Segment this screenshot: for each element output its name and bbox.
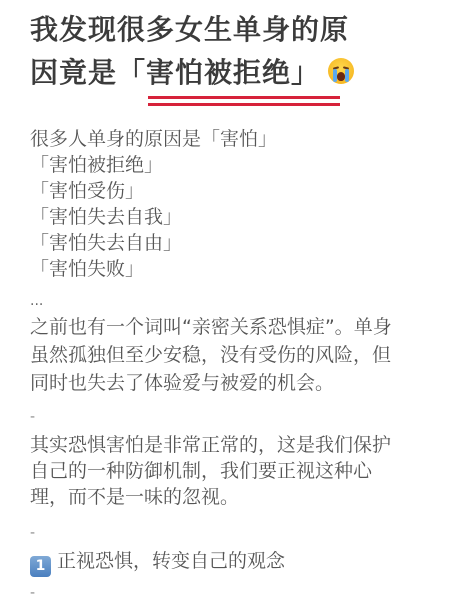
paragraph-1-line: 之前也有一个词叫“亲密关系恐惧症”。单身 xyxy=(30,314,430,340)
paragraph-2-line: 其实恐惧害怕是非常正常的，这是我们保护 xyxy=(30,432,430,458)
point-1-text: 正视恐惧，转变自己的观念 xyxy=(57,550,285,572)
fear-item: 「害怕受伤」 xyxy=(30,178,430,204)
highlight-underline-top xyxy=(148,96,340,99)
fear-item: 「害怕失去自由」 xyxy=(30,230,430,256)
post-body: 很多人单身的原因是「害怕」 「害怕被拒绝」 「害怕受伤」 「害怕失去自我」 「害… xyxy=(30,126,430,600)
fear-item: 「害怕失去自我」 xyxy=(30,204,430,230)
paragraph-1-line: 虽然孤独但至少安稳，没有受伤的风险，但 xyxy=(30,342,430,368)
paragraph-2-line: 自己的一种防御机制，我们要正视这种心 xyxy=(30,458,430,484)
title-highlight: 「害怕被拒绝」 xyxy=(117,56,320,89)
fear-item: 「害怕被拒绝」 xyxy=(30,152,430,178)
paragraph-2-line: 理，而不是一味的忽视。 xyxy=(30,484,430,510)
intro-line: 很多人单身的原因是「害怕」 xyxy=(30,126,430,152)
title-line-1: 我发现很多女生单身的原 xyxy=(30,8,450,51)
highlight-underline-bottom xyxy=(148,103,340,106)
title-line-2-prefix: 因竟是 xyxy=(30,56,117,89)
ellipsis: ... xyxy=(30,290,430,312)
title-line-2: 因竟是「害怕被拒绝」 xyxy=(30,51,450,94)
loudly-crying-face-icon xyxy=(328,58,354,84)
point-1: 1正视恐惧，转变自己的观念 xyxy=(30,548,430,574)
separator: - xyxy=(30,518,430,548)
paragraph-1-line: 同时也失去了体验爱与被爱的机会。 xyxy=(30,370,430,396)
separator: - xyxy=(30,402,430,432)
separator: - xyxy=(30,578,430,600)
fear-item: 「害怕失败」 xyxy=(30,256,430,282)
keycap-1-icon: 1 xyxy=(30,556,51,577)
post-title: 我发现很多女生单身的原 因竟是「害怕被拒绝」 xyxy=(30,8,450,94)
